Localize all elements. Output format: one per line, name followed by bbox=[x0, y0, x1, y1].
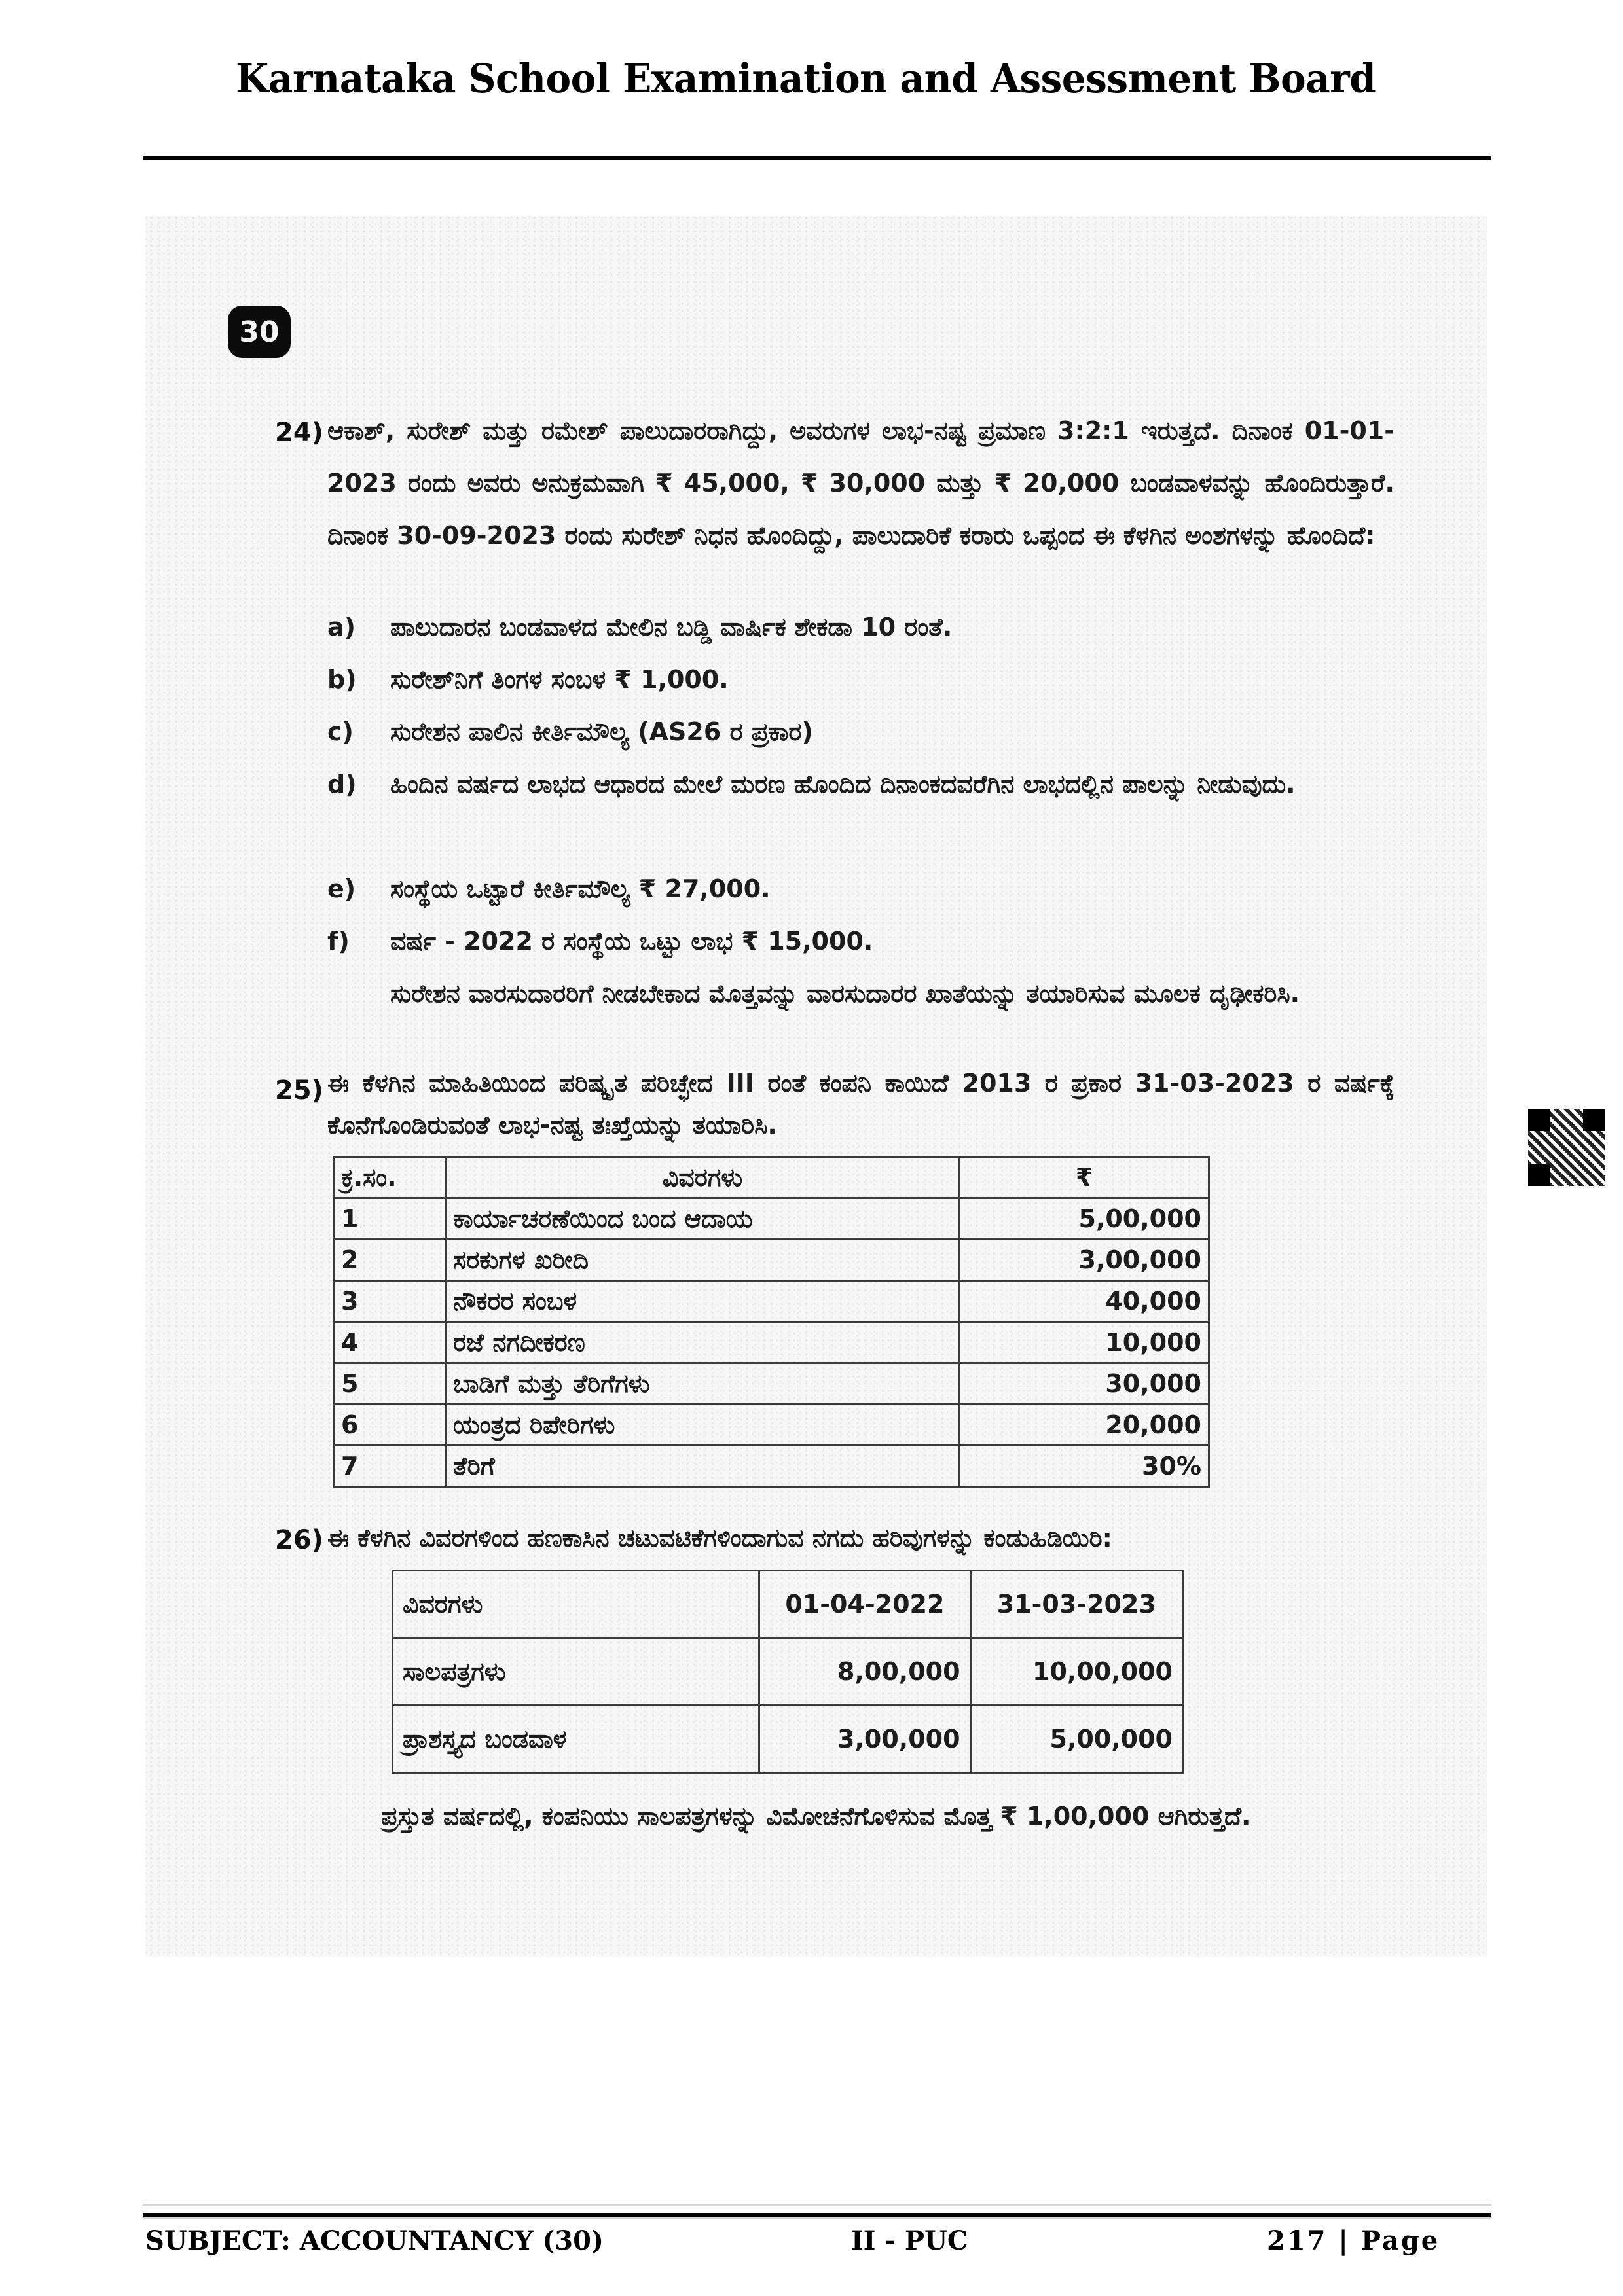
item-text: ಸಂಸ್ಥೆಯ ಒಟ್ಟಾರೆ ಕೀರ್ತಿಮೌಲ್ಯ ₹ 27,000. bbox=[390, 863, 1412, 915]
cell-amount: 30,000 bbox=[960, 1363, 1209, 1405]
qr-code-icon[interactable] bbox=[1525, 1106, 1608, 1189]
cell-amount: 10,000 bbox=[960, 1322, 1209, 1363]
q25-text: ಈ ಕೆಳಗಿನ ಮಾಹಿತಿಯಿಂದ ಪರಿಷ್ಕೃತ ಪರಿಚ್ಛೇದ II… bbox=[327, 1062, 1395, 1146]
q26-number: 26) bbox=[275, 1525, 323, 1555]
cell-serial: 7 bbox=[334, 1446, 446, 1487]
table-row: 1 ಕಾರ್ಯಾಚರಣೆಯಿಂದ ಬಂದ ಆದಾಯ 5,00,000 bbox=[334, 1198, 1209, 1240]
cell-particular: ಬಾಡಿಗೆ ಮತ್ತು ತೆರಿಗೆಗಳು bbox=[446, 1363, 960, 1405]
item-label: c) bbox=[327, 706, 390, 758]
cell-amount: 40,000 bbox=[960, 1281, 1209, 1322]
item-label: f) bbox=[327, 915, 390, 967]
cell-serial: 6 bbox=[334, 1405, 446, 1446]
cell-particular: ರಜೆ ನಗದೀಕರಣ bbox=[446, 1322, 960, 1363]
cell-serial: 4 bbox=[334, 1322, 446, 1363]
footer-divider-light bbox=[143, 2217, 1491, 2219]
q26-text: ಈ ಕೆಳಗಿನ ವಿವರಗಳಿಂದ ಹಣಕಾಸಿನ ಚಟುವಟಿಕೆಗಳಿಂದ… bbox=[327, 1512, 1112, 1564]
q24-item-a: a)ಪಾಲುದಾರನ ಬಂಡವಾಳದ ಮೇಲಿನ ಬಡ್ಡಿ ವಾರ್ಷಿಕ ಶ… bbox=[327, 601, 1412, 653]
footer-divider bbox=[143, 2213, 1491, 2217]
cell-particular: ತೆರಿಗೆ bbox=[446, 1446, 960, 1487]
item-text: ಪಾಲುದಾರನ ಬಂಡವಾಳದ ಮೇಲಿನ ಬಡ್ಡಿ ವಾರ್ಷಿಕ ಶೇಕ… bbox=[390, 601, 1412, 653]
cell-particular: ನೌಕರರ ಸಂಬಳ bbox=[446, 1281, 960, 1322]
cell-particular: ಪ್ರಾಶಸ್ತ್ಯದ ಬಂಡವಾಳ bbox=[393, 1706, 759, 1773]
table-row: 5 ಬಾಡಿಗೆ ಮತ್ತು ತೆರಿಗೆಗಳು 30,000 bbox=[334, 1363, 1209, 1405]
table-row: 3 ನೌಕರರ ಸಂಬಳ 40,000 bbox=[334, 1281, 1209, 1322]
header-date-2: 31-03-2023 bbox=[970, 1571, 1182, 1638]
q24-item-c: c)ಸುರೇಶನ ಪಾಲಿನ ಕೀರ್ತಿಮೌಲ್ಯ (AS26 ರ ಪ್ರಕಾ… bbox=[327, 706, 1412, 758]
cell-serial: 5 bbox=[334, 1363, 446, 1405]
cell-amount: 20,000 bbox=[960, 1405, 1209, 1446]
cell-amount: 5,00,000 bbox=[970, 1706, 1182, 1773]
cell-amount: 10,00,000 bbox=[970, 1638, 1182, 1706]
cell-serial: 2 bbox=[334, 1240, 446, 1281]
table-header-row: ಕ್ರ.ಸಂ. ವಿವರಗಳು ₹ bbox=[334, 1157, 1209, 1198]
table-header-row: ವಿವರಗಳು 01-04-2022 31-03-2023 bbox=[393, 1571, 1183, 1638]
q25-data-table: ಕ್ರ.ಸಂ. ವಿವರಗಳು ₹ 1 ಕಾರ್ಯಾಚರಣೆಯಿಂದ ಬಂದ ಆ… bbox=[333, 1156, 1210, 1488]
board-title: Karnataka School Examination and Assessm… bbox=[236, 55, 1376, 101]
table-row: ಪ್ರಾಶಸ್ತ್ಯದ ಬಂಡವಾಳ 3,00,000 5,00,000 bbox=[393, 1706, 1183, 1773]
cell-amount: 3,00,000 bbox=[960, 1240, 1209, 1281]
table-row: 2 ಸರಕುಗಳ ಖರೀದಿ 3,00,000 bbox=[334, 1240, 1209, 1281]
cell-particular: ಕಾರ್ಯಾಚರಣೆಯಿಂದ ಬಂದ ಆದಾಯ bbox=[446, 1198, 960, 1240]
cell-amount: 3,00,000 bbox=[759, 1706, 970, 1773]
footer-divider-light bbox=[143, 2204, 1491, 2206]
table-row: 4 ರಜೆ ನಗದೀಕರಣ 10,000 bbox=[334, 1322, 1209, 1363]
cell-particular: ಸಾಲಪತ್ರಗಳು bbox=[393, 1638, 759, 1706]
header-serial: ಕ್ರ.ಸಂ. bbox=[334, 1157, 446, 1198]
cell-amount: 8,00,000 bbox=[759, 1638, 970, 1706]
item-label: d) bbox=[327, 758, 390, 810]
subject-code-badge: 30 bbox=[228, 306, 291, 358]
q24-item-e: e)ಸಂಸ್ಥೆಯ ಒಟ್ಟಾರೆ ಕೀರ್ತಿಮೌಲ್ಯ ₹ 27,000. bbox=[327, 863, 1412, 915]
q24-number: 24) bbox=[275, 418, 323, 448]
item-text: ಸುರೇಶನ ಪಾಲಿನ ಕೀರ್ತಿಮೌಲ್ಯ (AS26 ರ ಪ್ರಕಾರ) bbox=[390, 706, 1412, 758]
footer-subject: SUBJECT: ACCOUNTANCY (30) bbox=[145, 2225, 604, 2256]
cell-amount: 30% bbox=[960, 1446, 1209, 1487]
q25-number: 25) bbox=[275, 1075, 323, 1105]
header-amount: ₹ bbox=[960, 1157, 1209, 1198]
q24-item-d: d)ಹಿಂದಿನ ವರ್ಷದ ಲಾಭದ ಆಧಾರದ ಮೇಲೆ ಮರಣ ಹೊಂದಿ… bbox=[327, 758, 1412, 810]
cell-particular: ಸರಕುಗಳ ಖರೀದಿ bbox=[446, 1240, 960, 1281]
item-label: e) bbox=[327, 863, 390, 915]
q26-note: ಪ್ರಸ್ತುತ ವರ್ಷದಲ್ಲಿ, ಕಂಪನಿಯು ಸಾಲಪತ್ರಗಳನ್ನ… bbox=[381, 1790, 1395, 1842]
item-text: ವರ್ಷ - 2022 ರ ಸಂಸ್ಥೆಯ ಒಟ್ಟು ಲಾಭ ₹ 15,000… bbox=[390, 915, 1412, 967]
cell-serial: 1 bbox=[334, 1198, 446, 1240]
q24-item-b: b)ಸುರೇಶ್‌ನಿಗೆ ತಿಂಗಳ ಸಂಬಳ ₹ 1,000. bbox=[327, 653, 1412, 706]
header-date-1: 01-04-2022 bbox=[759, 1571, 970, 1638]
item-text: ಸುರೇಶ್‌ನಿಗೆ ತಿಂಗಳ ಸಂಬಳ ₹ 1,000. bbox=[390, 653, 1412, 706]
header-divider bbox=[143, 156, 1491, 160]
item-label: b) bbox=[327, 653, 390, 706]
item-text: ಹಿಂದಿನ ವರ್ಷದ ಲಾಭದ ಆಧಾರದ ಮೇಲೆ ಮರಣ ಹೊಂದಿದ … bbox=[390, 758, 1412, 810]
footer-page-number: 217 | Page bbox=[1267, 2225, 1440, 2256]
cell-amount: 5,00,000 bbox=[960, 1198, 1209, 1240]
table-row: 7 ತೆರಿಗೆ 30% bbox=[334, 1446, 1209, 1487]
item-label: a) bbox=[327, 601, 390, 653]
cell-particular: ಯಂತ್ರದ ರಿಪೇರಿಗಳು bbox=[446, 1405, 960, 1446]
q26-data-table: ವಿವರಗಳು 01-04-2022 31-03-2023 ಸಾಲಪತ್ರಗಳು… bbox=[392, 1570, 1184, 1774]
footer-class: II - PUC bbox=[851, 2225, 968, 2256]
q24-item-f: f)ವರ್ಷ - 2022 ರ ಸಂಸ್ಥೆಯ ಒಟ್ಟು ಲಾಭ ₹ 15,0… bbox=[327, 915, 1412, 967]
header-particulars: ವಿವರಗಳು bbox=[393, 1571, 759, 1638]
table-row: ಸಾಲಪತ್ರಗಳು 8,00,000 10,00,000 bbox=[393, 1638, 1183, 1706]
table-row: 6 ಯಂತ್ರದ ರಿಪೇರಿಗಳು 20,000 bbox=[334, 1405, 1209, 1446]
q24-instruction: ಸುರೇಶನ ವಾರಸುದಾರರಿಗೆ ನೀಡಬೇಕಾದ ಮೊತ್ತವನ್ನು … bbox=[390, 967, 1395, 1020]
header-particulars: ವಿವರಗಳು bbox=[446, 1157, 960, 1198]
cell-serial: 3 bbox=[334, 1281, 446, 1322]
q24-intro: ಆಕಾಶ್, ಸುರೇಶ್ ಮತ್ತು ರಮೇಶ್ ಪಾಲುದಾರರಾಗಿದ್ದ… bbox=[327, 404, 1395, 562]
